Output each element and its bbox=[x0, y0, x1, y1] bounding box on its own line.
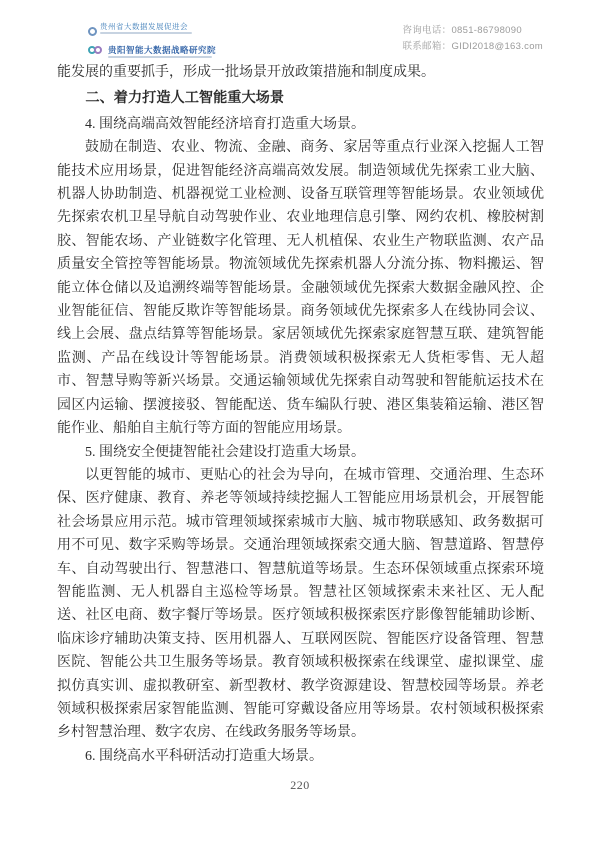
contact-phone-label: 咨询电话： bbox=[402, 25, 451, 36]
association-logo: 贵州省大数据发展促进会 bbox=[88, 23, 216, 41]
contact-email: 联系邮箱：GIDI2018@163.com bbox=[402, 41, 543, 52]
header-contact: 咨询电话：0851-86798090 联系邮箱：GIDI2018@163.com bbox=[402, 25, 543, 52]
document-page: 贵州省大数据发展促进会 贵阳智能大数据战略研究院 咨询电话：0851-86798… bbox=[0, 0, 600, 848]
contact-email-address: GIDI2018@163.com bbox=[451, 41, 543, 52]
contact-email-label: 联系邮箱： bbox=[402, 41, 451, 52]
institute-emblem-icon bbox=[88, 45, 105, 57]
association-emblem-icon bbox=[88, 23, 97, 41]
document-body: 能发展的重要抓手，形成一批场景开放政策措施和制度成果。二、着力打造人工智能重大场… bbox=[57, 61, 544, 768]
paragraph: 4. 围绕高端高效智能经济培育打造重大场景。 bbox=[57, 113, 544, 136]
section-heading: 二、着力打造人工智能重大场景 bbox=[57, 87, 544, 110]
institute-logo: 贵阳智能大数据战略研究院 bbox=[88, 45, 216, 58]
association-logo-text: 贵州省大数据发展促进会 bbox=[100, 23, 192, 31]
paragraph: 以更智能的城市、更贴心的社会为导向，在城市管理、交通治理、生态环保、医疗健康、教… bbox=[57, 464, 544, 745]
paragraph: 鼓励在制造、农业、物流、金融、商务、家居等重点行业深入挖掘人工智能技术应用场景，… bbox=[57, 136, 544, 440]
paragraph: 5. 围绕安全便捷智能社会建设打造重大场景。 bbox=[57, 441, 544, 464]
contact-phone-number: 0851-86798090 bbox=[451, 25, 521, 36]
paragraph: 6. 围绕高水平科研活动打造重大场景。 bbox=[57, 745, 544, 768]
institute-logo-text: 贵阳智能大数据战略研究院 bbox=[108, 45, 216, 55]
association-logo-subtext-line bbox=[100, 32, 192, 34]
header-logos: 贵州省大数据发展促进会 贵阳智能大数据战略研究院 bbox=[88, 23, 216, 58]
page-number: 220 bbox=[0, 778, 600, 793]
paragraph: 能发展的重要抓手，形成一批场景开放政策措施和制度成果。 bbox=[57, 61, 544, 84]
institute-logo-subtext-line bbox=[108, 56, 212, 58]
contact-phone: 咨询电话：0851-86798090 bbox=[402, 25, 543, 36]
